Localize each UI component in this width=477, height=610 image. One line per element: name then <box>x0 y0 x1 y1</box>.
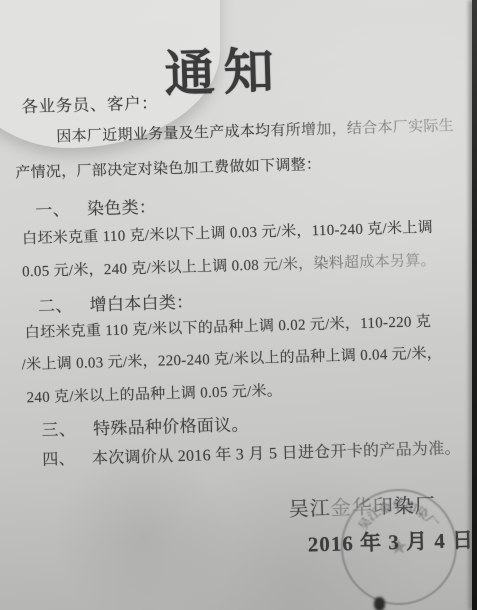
section-1-line-1: 白坯米克重 110 克/米以下上调 0.03 元/米，110-240 克/米上调 <box>22 216 433 248</box>
photo-bottom-smudge <box>374 597 385 610</box>
section-3-number: 三、 <box>41 420 76 440</box>
section-4-number: 四、 <box>42 451 75 469</box>
section-1-number: 一、 <box>35 200 70 220</box>
section-4-title: 本次调价从 2016 年 3 月 5 日进仓开卡的产品为准。 <box>92 440 461 467</box>
signature-date: 2016 年 3 月 4 日 <box>307 524 474 559</box>
photo-dark-edge <box>472 0 477 610</box>
section-2-title: 增白本白类： <box>89 293 193 315</box>
section-4-heading: 四、本次调价从 2016 年 3 月 5 日进仓开卡的产品为准。 <box>42 435 461 470</box>
section-2-line-2: /米上调 0.03 元/米，220-240 克/米以上的品种上调 0.04 元/… <box>21 342 442 375</box>
salutation: 各业务员、客户： <box>21 90 158 118</box>
section-3-title: 特殊品种价格面议。 <box>93 415 249 438</box>
section-1-line-2: 0.05 元/米，240 克/米以上上调 0.08 元/米，染料超成本另算。 <box>22 249 436 282</box>
intro-line-1: 因本厂近期业务量及生产成本均有所增加，结合本厂实际生 <box>56 114 454 146</box>
section-2-heading: 二、增白本白类： <box>38 288 194 317</box>
section-2-number: 二、 <box>38 296 73 316</box>
section-1-title: 染色类： <box>87 198 157 219</box>
intro-line-2: 产情况，厂部决定对染色加工费做如下调整： <box>15 153 321 183</box>
signature-company: 吴江金华印染厂 <box>288 489 436 522</box>
notice-document: 通知 各业务员、客户： 因本厂近期业务量及生产成本均有所增加，结合本厂实际生 产… <box>0 0 477 610</box>
section-1-heading: 一、染色类： <box>35 193 156 221</box>
section-2-line-3: 240 克/米以上的品种上调 0.05 元/米。 <box>26 379 282 407</box>
notice-photo: 通知 各业务员、客户： 因本厂近期业务量及生产成本均有所增加，结合本厂实际生 产… <box>0 0 477 610</box>
section-3-heading: 三、特殊品种价格面议。 <box>41 410 249 441</box>
